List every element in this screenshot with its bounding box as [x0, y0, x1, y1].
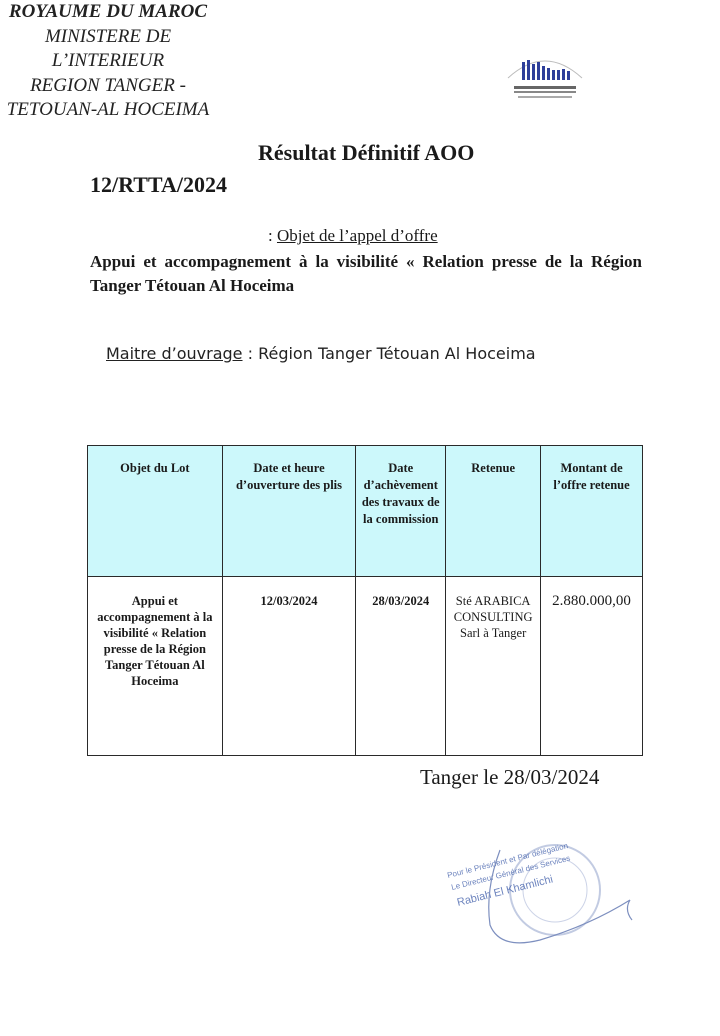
table-row: Appui et accompagnement à la visibilité … [88, 577, 643, 756]
header-line-region: REGION TANGER - [0, 74, 228, 99]
objet-label-text: Objet de l’appel d’offre [277, 226, 438, 245]
header-montant: Montant de l’offre retenue [541, 446, 643, 577]
maitre-label: Maitre d’ouvrage [106, 344, 243, 363]
maitre-ouvrage: Maitre d’ouvrage : Région Tanger Tétouan… [106, 344, 536, 363]
place-and-date: Tanger le 28/03/2024 [420, 765, 599, 790]
cell-retenue: Sté ARABICA CONSULTING Sarl à Tanger [446, 577, 541, 756]
header-retenue: Retenue [446, 446, 541, 577]
objet-description: Appui et accompagnement à la visibilité … [90, 250, 642, 298]
header-date-achevement: Date d’achèvement des travaux de la comm… [356, 446, 446, 577]
cell-date-achevement: 28/03/2024 [356, 577, 446, 756]
cell-objet: Appui et accompagnement à la visibilité … [88, 577, 223, 756]
table-header-row: Objet du Lot Date et heure d’ouverture d… [88, 446, 643, 577]
official-stamp-icon: Pour le Président et Par délégation Le D… [430, 830, 650, 960]
results-table: Objet du Lot Date et heure d’ouverture d… [87, 445, 643, 756]
objet-label: : Objet de l’appel d’offre [268, 226, 438, 246]
tender-reference: 12/RTTA/2024 [90, 172, 227, 198]
header-line-region2: TETOUAN-AL HOCEIMA [0, 98, 228, 123]
cell-date-ouverture: 12/03/2024 [222, 577, 356, 756]
region-logo-icon [500, 48, 590, 104]
header-objet-lot: Objet du Lot [88, 446, 223, 577]
issuer-header: ROYAUME DU MAROC MINISTERE DE L’INTERIEU… [0, 0, 228, 123]
objet-prefix: : [268, 226, 277, 245]
header-line-ministry: MINISTERE DE [0, 25, 228, 50]
cell-montant: 2.880.000,00 [541, 577, 643, 756]
maitre-sep: : [243, 344, 259, 363]
maitre-value: Région Tanger Tétouan Al Hoceima [258, 344, 536, 363]
header-line-kingdom: ROYAUME DU MAROC [0, 0, 228, 25]
header-date-ouverture: Date et heure d’ouverture des plis [222, 446, 356, 577]
page-title: Résultat Définitif AOO [258, 140, 474, 166]
header-line-interior: L’INTERIEUR [0, 49, 228, 74]
